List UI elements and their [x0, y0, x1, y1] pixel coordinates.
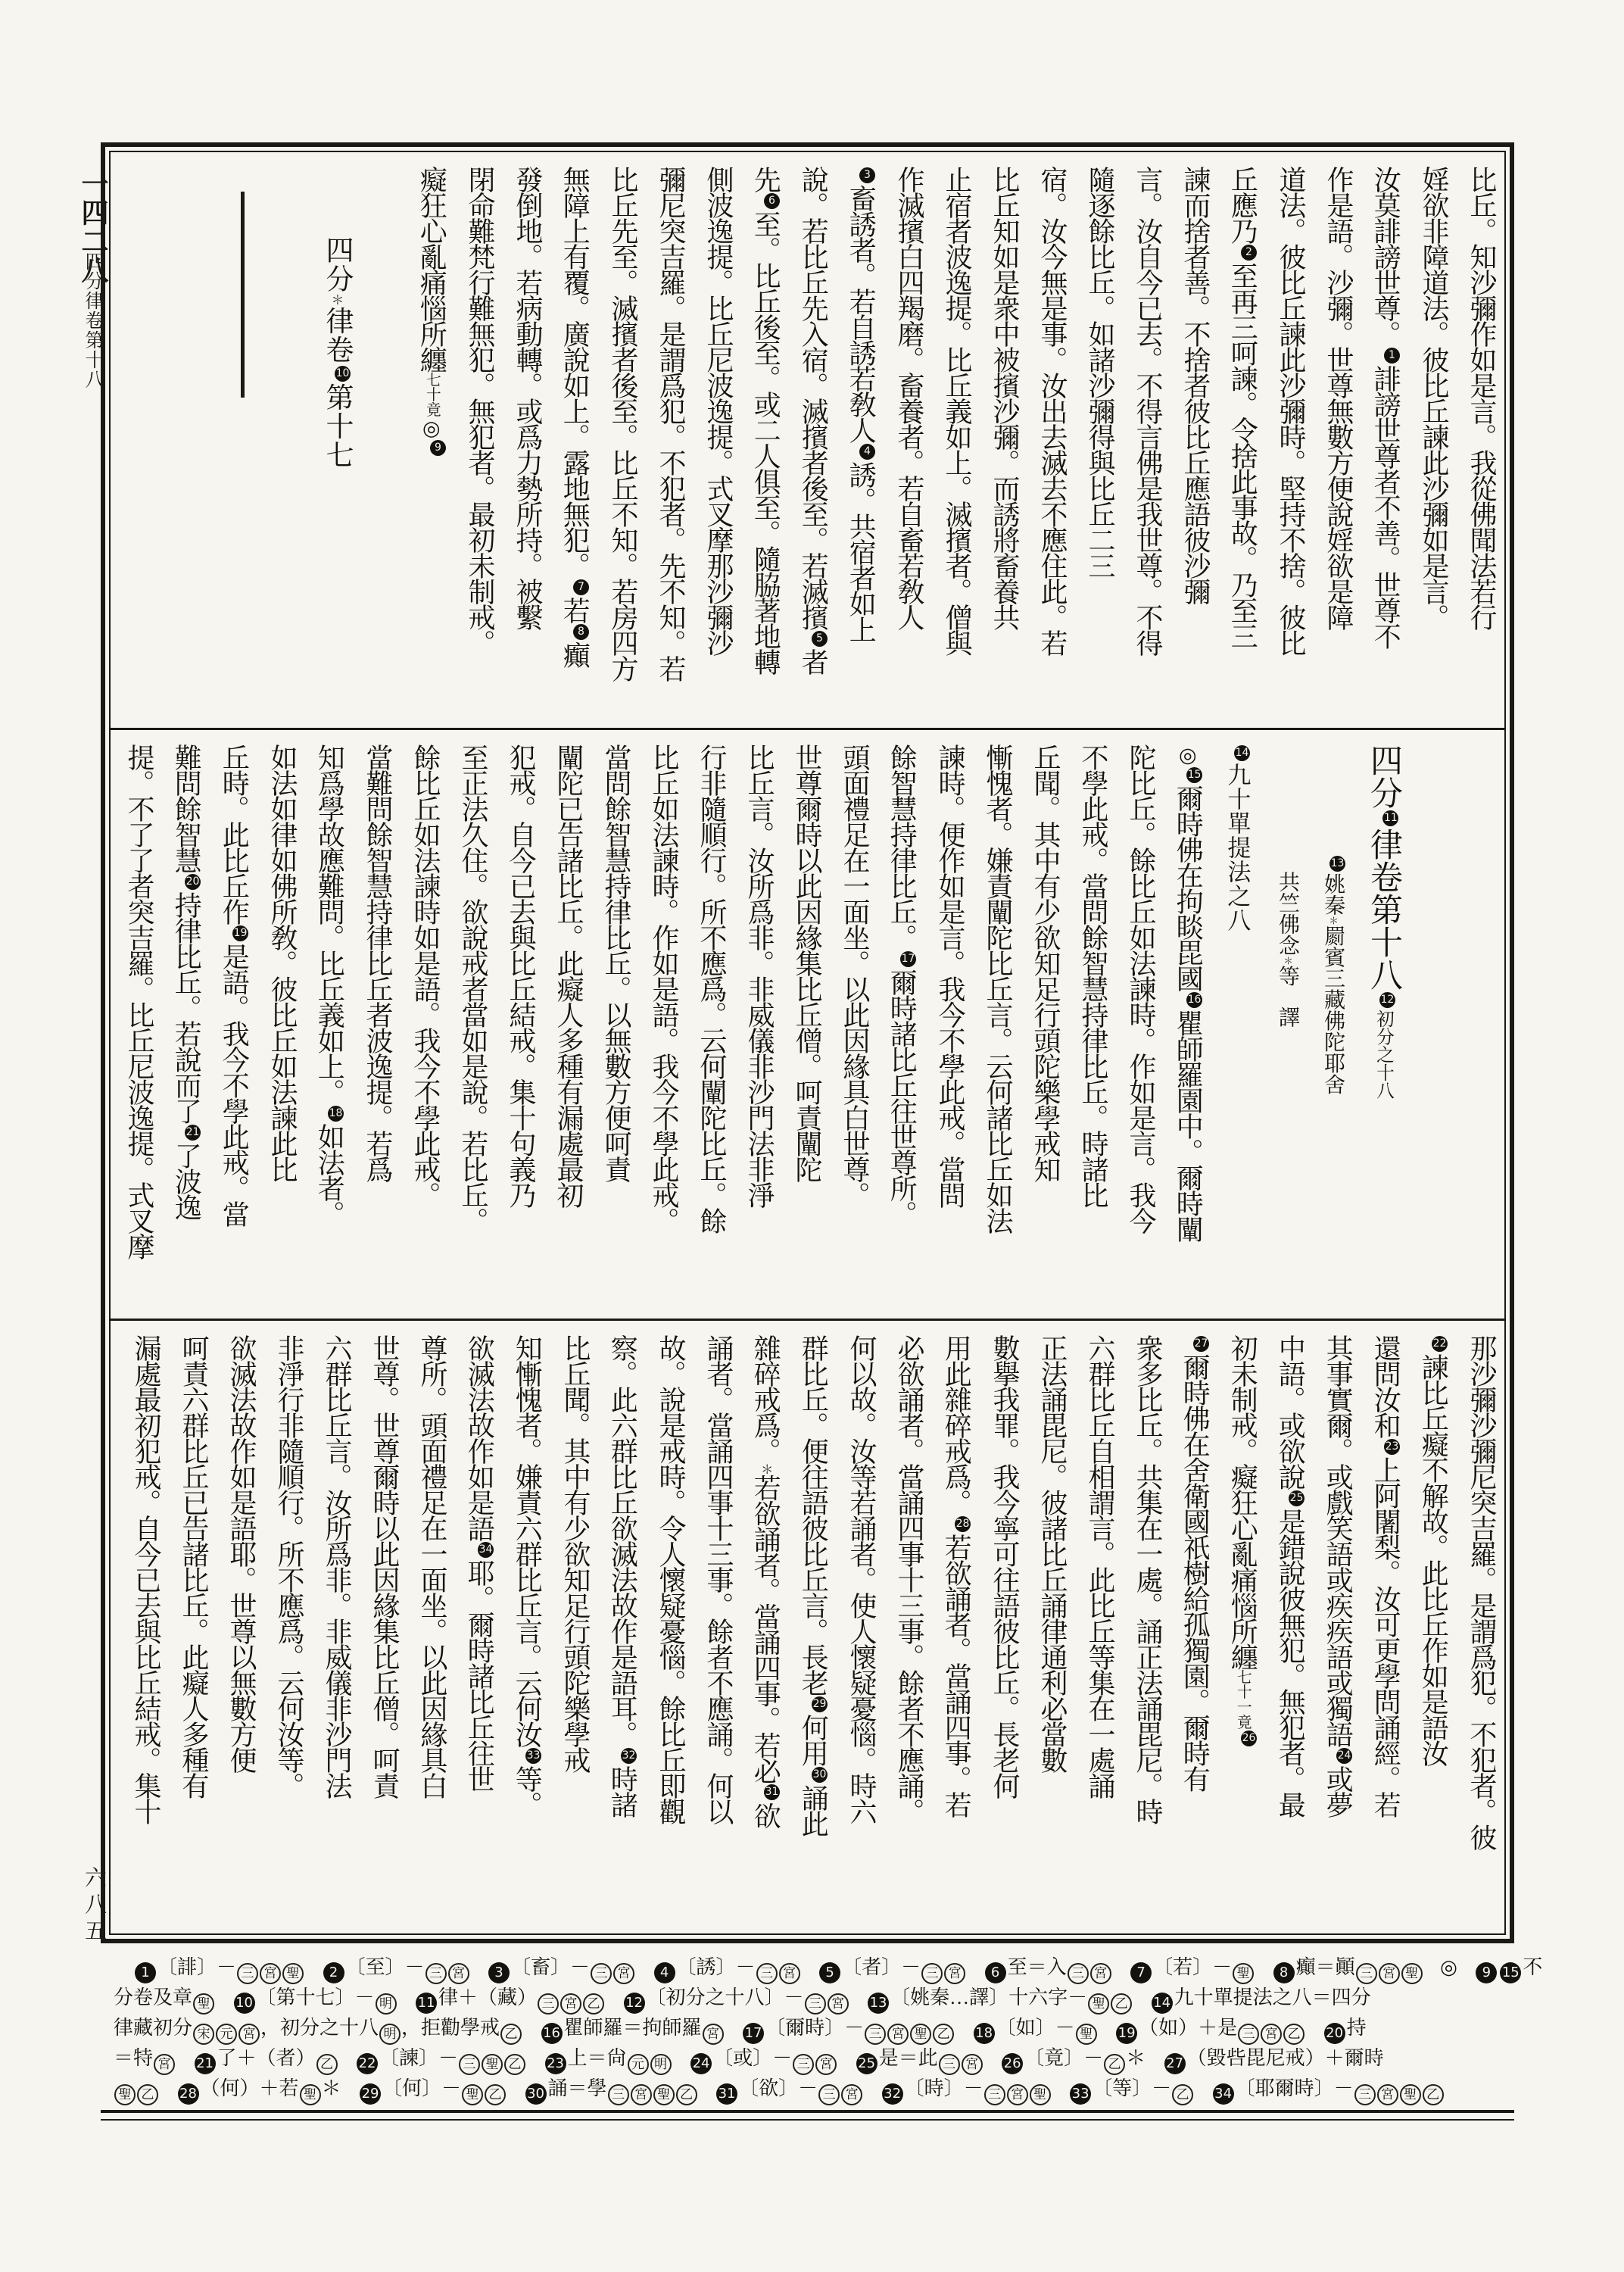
- edition-siglum: 元: [628, 2054, 649, 2075]
- note-marker: 3: [488, 1962, 510, 1983]
- note-marker: 22: [1432, 1336, 1448, 1352]
- text-column: ◎15爾時佛在拘睒毘國16瞿師羅園中。爾時闡: [1155, 744, 1202, 1314]
- edition-siglum: 三: [756, 1963, 778, 1984]
- footnote-line: 律藏初分宋元宮，初分之十八明，拒勸學戒乙 16瞿師羅＝拘師羅宮 17〔爾時〕－三…: [114, 2015, 1522, 2045]
- text-column: 當難問餘智慧持律比丘者波逸提。若爲: [344, 744, 391, 1314]
- edition-siglum: 聖: [1030, 2084, 1051, 2105]
- text-column: 言。汝自今已去。不得言佛是我世尊。不得: [1114, 166, 1161, 723]
- translator-column: 共竺佛念＊等譯: [1250, 744, 1298, 1314]
- edition-siglum: 三: [425, 1963, 447, 1984]
- edition-siglum: 三: [921, 1963, 943, 1984]
- edition-siglum: 宮: [944, 1963, 965, 1984]
- edition-siglum: 聖: [482, 2054, 503, 2075]
- note-marker: 6: [985, 1962, 1006, 1983]
- footnote-line: 聖乙 28（何）＋若聖＊ 29〔何〕－聖乙 30誦＝學三宮聖乙 31〔欲〕－三宮…: [114, 2075, 1522, 2105]
- note-marker: 12: [1379, 992, 1395, 1008]
- edition-siglum: 宮: [448, 1963, 469, 1984]
- text-column: 提。不了了者突吉羅。比丘尼波逸提。式叉摩: [105, 744, 153, 1314]
- text-column: 至正法久住。欲說戒者當如是說。若比丘。: [439, 744, 487, 1314]
- text-column: 餘智慧持律比丘。17爾時諸比丘往世尊所。: [868, 744, 916, 1314]
- note-marker: 23: [545, 2053, 566, 2074]
- edition-siglum: 乙: [1104, 2054, 1125, 2075]
- text-column: 漏處最初犯戒。自今已去與比丘結戒。集十: [112, 1334, 160, 1922]
- text-column: 作滅擯白四羯磨。畜養者。若自畜若敎人: [875, 166, 923, 723]
- text-column: 誦者。當誦四事十三事。餘者不應誦。何以: [684, 1334, 732, 1922]
- text-column: 隨逐餘比丘。如諸沙彌得與比丘二三: [1066, 166, 1114, 723]
- register-a: 比丘。知沙彌作如是言。我從佛聞法若行婬欲非障道法。彼比丘諫此沙彌如是言。汝莫誹謗…: [111, 152, 1504, 728]
- edition-siglum: 三: [1068, 1963, 1089, 1984]
- edition-siglum: 乙: [933, 2024, 954, 2045]
- footnotes: 1〔誹〕－三宮聖 2〔至〕－三宮 3〔畜〕－三宮 4〔誘〕－三宮 5〔者〕－三宮…: [114, 1954, 1522, 2105]
- text-column: 閉命難梵行難無犯。無犯者。最初未制戒。: [446, 166, 494, 723]
- edition-siglum: 三: [1356, 1963, 1377, 1984]
- text-column: 止宿者波逸提。比丘義如上。滅擯者。僧與: [923, 166, 971, 723]
- note-marker: 27: [1193, 1336, 1209, 1352]
- edition-siglum: 三: [237, 1963, 258, 1984]
- edition-siglum: 宮: [260, 1963, 281, 1984]
- note-marker: 11: [1382, 810, 1398, 826]
- note-marker: 14: [1152, 1993, 1173, 2014]
- edition-siglum: 宮: [887, 2024, 909, 2045]
- text-column: 比丘先至。滅擯者後至。比丘不知。若房四方: [589, 166, 637, 723]
- note-marker: 32: [882, 2083, 903, 2105]
- note-marker: 31: [764, 1784, 780, 1800]
- note-marker: 24: [690, 2053, 712, 2074]
- note-marker: 9: [1476, 1962, 1497, 1983]
- edition-siglum: 乙: [316, 2054, 338, 2075]
- edition-siglum: 乙: [504, 2054, 525, 2075]
- note-marker: 17: [743, 2023, 764, 2044]
- note-marker: 3: [859, 167, 875, 183]
- text-column: 作是語。沙彌。世尊無數方便說婬欲是障: [1304, 166, 1352, 723]
- edition-siglum: 宮: [962, 2054, 983, 2075]
- circle-mark: ◎: [420, 417, 443, 438]
- text-column: 故。說是戒時。令人懷疑憂惱。餘比丘即觀: [637, 1334, 684, 1922]
- edition-siglum: 聖: [282, 1963, 304, 1984]
- note-marker: 29: [812, 1696, 828, 1712]
- edition-siglum: 聖: [1233, 1963, 1254, 1984]
- note-marker: 5: [812, 631, 828, 647]
- note-marker: 26: [1241, 1731, 1257, 1746]
- scroll-end-title-column: 四分＊律卷10第十七: [303, 166, 351, 723]
- text-column: 世尊。世尊爾時以此因緣集比丘僧。呵責: [351, 1334, 398, 1922]
- circle-mark: ◎: [1177, 744, 1199, 766]
- edition-siglum: 元: [216, 2024, 237, 2045]
- register-c: 那沙彌沙彌尼突吉羅。是謂爲犯。不犯者。彼22諫比丘癡不解故。此比丘作如是語汝還問…: [111, 1319, 1504, 1927]
- text-column: 如法如律如佛所敎。彼比丘如法諫此比: [248, 744, 296, 1314]
- edition-siglum: 聖: [1076, 2024, 1097, 2045]
- text-column: 諫時。便作如是言。我今不學此戒。當問: [916, 744, 964, 1314]
- edition-siglum: 三: [608, 2084, 629, 2105]
- edition-siglum: 宮: [1090, 1963, 1111, 1984]
- asterisk-mark: ＊: [329, 293, 344, 307]
- note-marker: 28: [955, 1516, 971, 1532]
- edition-siglum: 宮: [1379, 1963, 1400, 1984]
- note-marker: 28: [178, 2083, 199, 2105]
- edition-siglum: 聖: [1088, 1993, 1109, 2015]
- small-inline-note: 12初分之十八: [1373, 991, 1393, 1099]
- note-marker: 10: [234, 1993, 255, 2014]
- note-marker: 26: [1002, 2053, 1023, 2074]
- edition-siglum: 三: [1238, 2024, 1259, 2045]
- note-marker: 34: [1213, 2083, 1234, 2105]
- edition-siglum: 三: [805, 1993, 826, 2015]
- text-column: 還問汝和23上阿闍梨。汝可更學問誦經。若: [1352, 1334, 1400, 1922]
- edition-siglum: 乙: [500, 2024, 522, 2045]
- edition-siglum: 聖: [300, 2084, 321, 2105]
- edition-siglum: 三: [939, 2054, 960, 2075]
- note-marker: 18: [328, 1106, 344, 1122]
- volume-title-column: 四分11律卷第十八12初分之十八: [1345, 744, 1400, 1314]
- note-marker: 19: [232, 925, 248, 941]
- edition-siglum: 聖: [114, 2084, 136, 2105]
- note-marker: 31: [716, 2083, 737, 2105]
- text-column: 知慚愧者。嫌責六群比丘言。云何汝33等。: [494, 1334, 541, 1922]
- text-column: 側波逸提。比丘尼波逸提。式叉摩那沙彌沙: [684, 166, 732, 723]
- edition-siglum: 三: [459, 2054, 480, 2075]
- note-marker: 8: [1273, 1962, 1295, 1983]
- small-inline-note: 七十竟: [423, 372, 440, 417]
- note-marker: 2: [323, 1962, 344, 1983]
- footnote-line: 1〔誹〕－三宮聖 2〔至〕－三宮 3〔畜〕－三宮 4〔誘〕－三宮 5〔者〕－三宮…: [114, 1954, 1522, 1984]
- text-column: 比丘聞。其中有少欲知足行頭陀樂學戒: [541, 1334, 589, 1922]
- text-column: 不學此戒。當問餘智慧持律比丘。時諸比: [1059, 744, 1107, 1314]
- note-marker: 24: [1336, 1748, 1352, 1764]
- text-column: 說。若比丘先入宿。滅擯者後至。若滅擯5者: [780, 166, 828, 723]
- blank-column: [1400, 744, 1448, 1314]
- note-marker: 21: [195, 2053, 216, 2074]
- edition-siglum: 三: [984, 2084, 1005, 2105]
- edition-siglum: 三: [538, 1993, 559, 2015]
- text-column: 27爾時佛在舍衛國祇樹給孤獨園。爾時有: [1161, 1334, 1209, 1922]
- note-marker: 25: [1289, 1490, 1304, 1506]
- note-marker: 5: [819, 1962, 840, 1983]
- note-marker: 20: [1324, 2023, 1345, 2044]
- edition-siglum: 聖: [653, 2084, 675, 2105]
- note-marker: 27: [1164, 2053, 1186, 2074]
- text-column: 何以故。汝等若誦者。使人懷疑憂惱。時六: [828, 1334, 875, 1922]
- note-marker: 30: [525, 2083, 547, 2105]
- text-column: 陀比丘。餘比丘如法諫時。作如是言。我今: [1107, 744, 1155, 1314]
- register-c-columns: 那沙彌沙彌尼突吉羅。是謂爲犯。不犯者。彼22諫比丘癡不解故。此比丘作如是語汝還問…: [118, 1334, 1495, 1922]
- footnote-line: ＝特宮 21了＋（者）乙 22〔諫〕－三聖乙 23上＝尙元明 24〔或〕－三宮 …: [114, 2045, 1522, 2075]
- edition-siglum: 三: [591, 1963, 612, 1984]
- text-column: 必欲誦者。當誦四事十三事。餘者不應誦。: [875, 1334, 923, 1922]
- small-inline-note: 七十一竟: [1234, 1669, 1251, 1729]
- text-column: 先6至。比丘後至。或二人俱至。隨脇著地轉: [732, 166, 780, 723]
- edition-siglum: 宮: [828, 1993, 849, 2015]
- register-b: 四分11律卷第十八12初分之十八13姚秦＊罽賓三藏佛陀耶舍共竺佛念＊等譯14九十…: [111, 728, 1504, 1319]
- edition-siglum: 三: [818, 2084, 840, 2105]
- note-marker: 33: [525, 1748, 541, 1764]
- edition-siglum: 宮: [1377, 2084, 1398, 2105]
- bottom-double-rule: [101, 2110, 1514, 2121]
- text-frame-inner: 比丘。知沙彌作如是言。我從佛聞法若行婬欲非障道法。彼比丘諫此沙彌如是言。汝莫誹謗…: [109, 151, 1506, 1935]
- text-column: 比丘言。汝所爲非。非威儀非沙門法非淨: [725, 744, 773, 1314]
- edition-siglum: 宮: [779, 1963, 800, 1984]
- note-marker: 11: [416, 1993, 437, 2014]
- edition-siglum: 宮: [631, 2084, 652, 2105]
- note-marker: 18: [974, 2023, 995, 2044]
- note-marker: 13: [868, 1993, 889, 2014]
- text-column: 數擧我罪。我今寧可往語彼比丘。長老何: [971, 1334, 1018, 1922]
- edition-siglum: 乙: [1423, 2084, 1444, 2105]
- text-column: 行非隨順行。所不應爲。云何闡陀比丘。餘: [678, 744, 725, 1314]
- scroll-end-rule: [241, 192, 245, 398]
- text-column: 彌尼突吉羅。是謂爲犯。不犯者。先不知。若: [637, 166, 684, 723]
- taisho-canon-scan-page: 一四二八 四分律卷第十八 六八五 比丘。知沙彌作如是言。我從佛聞法若行婬欲非障道…: [0, 0, 1624, 2272]
- edition-siglum: 宮: [1007, 2084, 1028, 2105]
- edition-siglum: 三: [865, 2024, 886, 2045]
- text-column: 其事實爾。或戲笑語或疾疾語或獨語24或夢: [1304, 1334, 1352, 1922]
- note-marker: 1: [1384, 348, 1400, 364]
- text-column: 當問餘智慧持律比丘。以無數方便呵責: [582, 744, 630, 1314]
- text-column: 六群比丘言。汝所爲非。非威儀非沙門法: [303, 1334, 351, 1922]
- text-column: 犯戒。自今已去與比丘結戒。集十句義乃: [487, 744, 535, 1314]
- text-column: 那沙彌沙彌尼突吉羅。是謂爲犯。不犯者。彼: [1448, 1334, 1495, 1922]
- text-column: 3畜誘者。若自誘若敎人4誘。共宿者如上: [828, 166, 875, 723]
- text-column: 餘比丘如法諫時如是語。我今不學此戒。: [391, 744, 439, 1314]
- note-marker: 8: [573, 624, 589, 640]
- edition-siglum: 宮: [613, 1963, 634, 1984]
- text-column: 諫而捨者善。不捨者彼比丘應語彼沙彌: [1161, 166, 1209, 723]
- text-column: 察。此六群比丘欲滅法故作是語耳。32時諸: [589, 1334, 637, 1922]
- text-column: 初未制戒。癡狂心亂痛惱所纏七十一竟26: [1209, 1334, 1257, 1922]
- note-marker: 25: [856, 2053, 877, 2074]
- translator-column: 13姚秦＊罽賓三藏佛陀耶舍: [1298, 744, 1345, 1314]
- text-column: 闡陀已告諸比丘。此癡人多種有漏處最初: [535, 744, 582, 1314]
- note-marker: 2: [1241, 245, 1257, 261]
- text-column: 群比丘。便往語彼比丘言。長老29何用30誦此: [780, 1334, 828, 1922]
- edition-siglum: 聖: [910, 2024, 931, 2045]
- asterisk-mark: ＊: [1327, 916, 1338, 925]
- note-marker: 21: [185, 1125, 201, 1141]
- text-column: 比丘。知沙彌作如是言。我從佛聞法若行: [1448, 166, 1495, 723]
- note-marker: 17: [900, 951, 916, 967]
- edition-siglum: 宮: [703, 2024, 724, 2045]
- note-marker: 12: [624, 1993, 645, 2014]
- register-a-columns: 比丘。知沙彌作如是言。我從佛聞法若行婬欲非障道法。彼比丘諫此沙彌如是言。汝莫誹謗…: [118, 166, 1495, 723]
- edition-siglum: 乙: [1283, 2024, 1304, 2045]
- text-column: 中語。或欲說25是錯說彼無犯。無犯者。最: [1257, 1334, 1304, 1922]
- text-column: 婬欲非障道法。彼比丘諫此沙彌如是言。: [1400, 166, 1448, 723]
- text-column: 癡狂心亂痛惱所纏七十竟◎9: [398, 166, 446, 723]
- section-heading-column: 14九十單提法之八: [1202, 744, 1250, 1314]
- edition-siglum: 乙: [485, 2084, 506, 2105]
- note-marker: 9: [430, 440, 446, 456]
- note-marker: 32: [621, 1748, 637, 1764]
- note-marker: 14: [1234, 745, 1250, 761]
- blank-column: [1448, 744, 1495, 1314]
- text-column: 用此雜碎戒爲。28若欲誦者。當誦四事。若: [923, 1334, 971, 1922]
- text-column: 無障上有覆。廣說如上。露地無犯。7若8癲: [541, 166, 589, 723]
- text-column: 發倒地。若病動轉。或爲力勢所持。被繫: [494, 166, 541, 723]
- edition-siglum: 明: [650, 2054, 672, 2075]
- edition-siglum: 聖: [193, 1993, 214, 2015]
- edition-siglum: 乙: [583, 1993, 604, 2015]
- text-column: 22諫比丘癡不解故。此比丘作如是語汝: [1400, 1334, 1448, 1922]
- note-marker: 34: [478, 1542, 494, 1558]
- text-column: 知爲學故應難問。比丘義如上。18如法者。: [296, 744, 344, 1314]
- edition-siglum: 宋: [193, 2024, 214, 2045]
- text-column: 丘時。此比丘作19是語。我今不學此戒。當: [201, 744, 248, 1314]
- edition-siglum: 聖: [1400, 2084, 1421, 2105]
- text-column: 雜碎戒爲。＊若欲誦者。當誦四事。若必31欲: [732, 1334, 780, 1922]
- note-marker: 1: [135, 1962, 156, 1983]
- note-marker: 7: [1130, 1962, 1152, 1983]
- edition-siglum: 乙: [137, 2084, 158, 2105]
- note-marker: 16: [1186, 992, 1202, 1008]
- text-column: 衆多比丘。共集在一處。誦正法誦毘尼。時: [1114, 1334, 1161, 1922]
- edition-siglum: 乙: [1111, 1993, 1132, 2015]
- text-column: 正法誦毘尼。彼諸比丘誦律通利必當數: [1018, 1334, 1066, 1922]
- text-column: 呵責六群比丘已告諸比丘。此癡人多種有: [160, 1334, 207, 1922]
- edition-siglum: 乙: [1172, 2084, 1193, 2105]
- blank-column: [351, 166, 398, 723]
- text-column: 六群比丘自相謂言。此比丘等集在一處誦: [1066, 1334, 1114, 1922]
- text-column: 道法。彼比丘諫此沙彌時。堅持不捨。彼比: [1257, 166, 1304, 723]
- note-marker: 33: [1070, 2083, 1091, 2105]
- note-marker: 10: [335, 366, 351, 382]
- note-marker: 23: [1384, 1439, 1400, 1455]
- edition-siglum: 乙: [676, 2084, 697, 2105]
- asterisk-mark: ＊: [759, 1463, 772, 1474]
- note-marker: 20: [185, 874, 201, 890]
- footnote-line: 分卷及章聖 10〔第十七〕－明 11律＋（藏）三宮乙 12〔初分之十八〕－三宮 …: [114, 1984, 1522, 2015]
- text-column: 非淨行非隨順行。所不應爲。云何汝等。: [255, 1334, 303, 1922]
- text-column: 宿。汝今無是事。汝出去滅去不應住此。若: [1018, 166, 1066, 723]
- note-marker: 16: [541, 2023, 563, 2044]
- note-marker: 22: [357, 2053, 378, 2074]
- note-marker: 7: [573, 579, 589, 595]
- note-marker: 15: [1186, 767, 1202, 783]
- text-column: 世尊爾時以此因緣集比丘僧。呵責闡陀: [773, 744, 821, 1314]
- note-marker: 4: [654, 1962, 675, 1983]
- asterisk-mark: ＊: [1282, 956, 1292, 966]
- note-marker: 19: [1116, 2023, 1137, 2044]
- text-column: 欲滅法故作如是語耶。世尊以無數方便: [207, 1334, 255, 1922]
- note-marker: 4: [859, 444, 875, 460]
- edition-siglum: 三: [793, 2054, 814, 2075]
- edition-siglum: 宮: [560, 1993, 581, 2015]
- text-column: 比丘知如是衆中被擯沙彌。而誘將畜養共: [971, 166, 1018, 723]
- note-marker: 6: [764, 193, 780, 209]
- text-column: 難問餘智慧20持律比丘。若說而了21了波逸: [153, 744, 201, 1314]
- edition-siglum: 明: [379, 2024, 401, 2045]
- text-column: 欲滅法故作如是語34耶。爾時諸比丘往世: [446, 1334, 494, 1922]
- text-column: 汝莫誹謗世尊。1誹謗世尊者不善。世尊不: [1352, 166, 1400, 723]
- text-column: 丘聞。其中有少欲知足行頭陀樂學戒知: [1011, 744, 1059, 1314]
- edition-siglum: 宮: [238, 2024, 260, 2045]
- note-marker: 15: [1500, 1962, 1521, 1983]
- note-marker: 29: [360, 2083, 381, 2105]
- edition-siglum: 宮: [154, 2054, 175, 2075]
- text-column: 丘應乃2至再三呵諫。令捨此事故。乃至三: [1209, 166, 1257, 723]
- edition-siglum: 宮: [841, 2084, 862, 2105]
- edition-siglum: 明: [376, 1993, 397, 2015]
- edition-siglum: 宮: [1261, 2024, 1282, 2045]
- text-frame: 比丘。知沙彌作如是言。我從佛聞法若行婬欲非障道法。彼比丘諫此沙彌如是言。汝莫誹謗…: [101, 142, 1514, 1943]
- edition-siglum: 聖: [462, 2084, 483, 2105]
- note-marker: 13: [1329, 856, 1345, 872]
- text-column: 比丘如法諫時。作如是語。我今不學此戒。: [630, 744, 678, 1314]
- edition-siglum: 聖: [1401, 1963, 1423, 1984]
- text-column: 頭面禮足在一面坐。以此因緣具白世尊。: [821, 744, 868, 1314]
- text-column: 慚愧者。嫌責闡陀比丘言。云何諸比丘如法: [964, 744, 1011, 1314]
- text-column: 尊所。頭面禮足在一面坐。以此因緣具白: [398, 1334, 446, 1922]
- edition-siglum: 三: [1354, 2084, 1376, 2105]
- register-b-columns: 四分11律卷第十八12初分之十八13姚秦＊罽賓三藏佛陀耶舍共竺佛念＊等譯14九十…: [118, 744, 1495, 1314]
- note-marker: 30: [812, 1767, 828, 1783]
- edition-siglum: 宮: [815, 2054, 837, 2075]
- spacer: [1286, 987, 1288, 1006]
